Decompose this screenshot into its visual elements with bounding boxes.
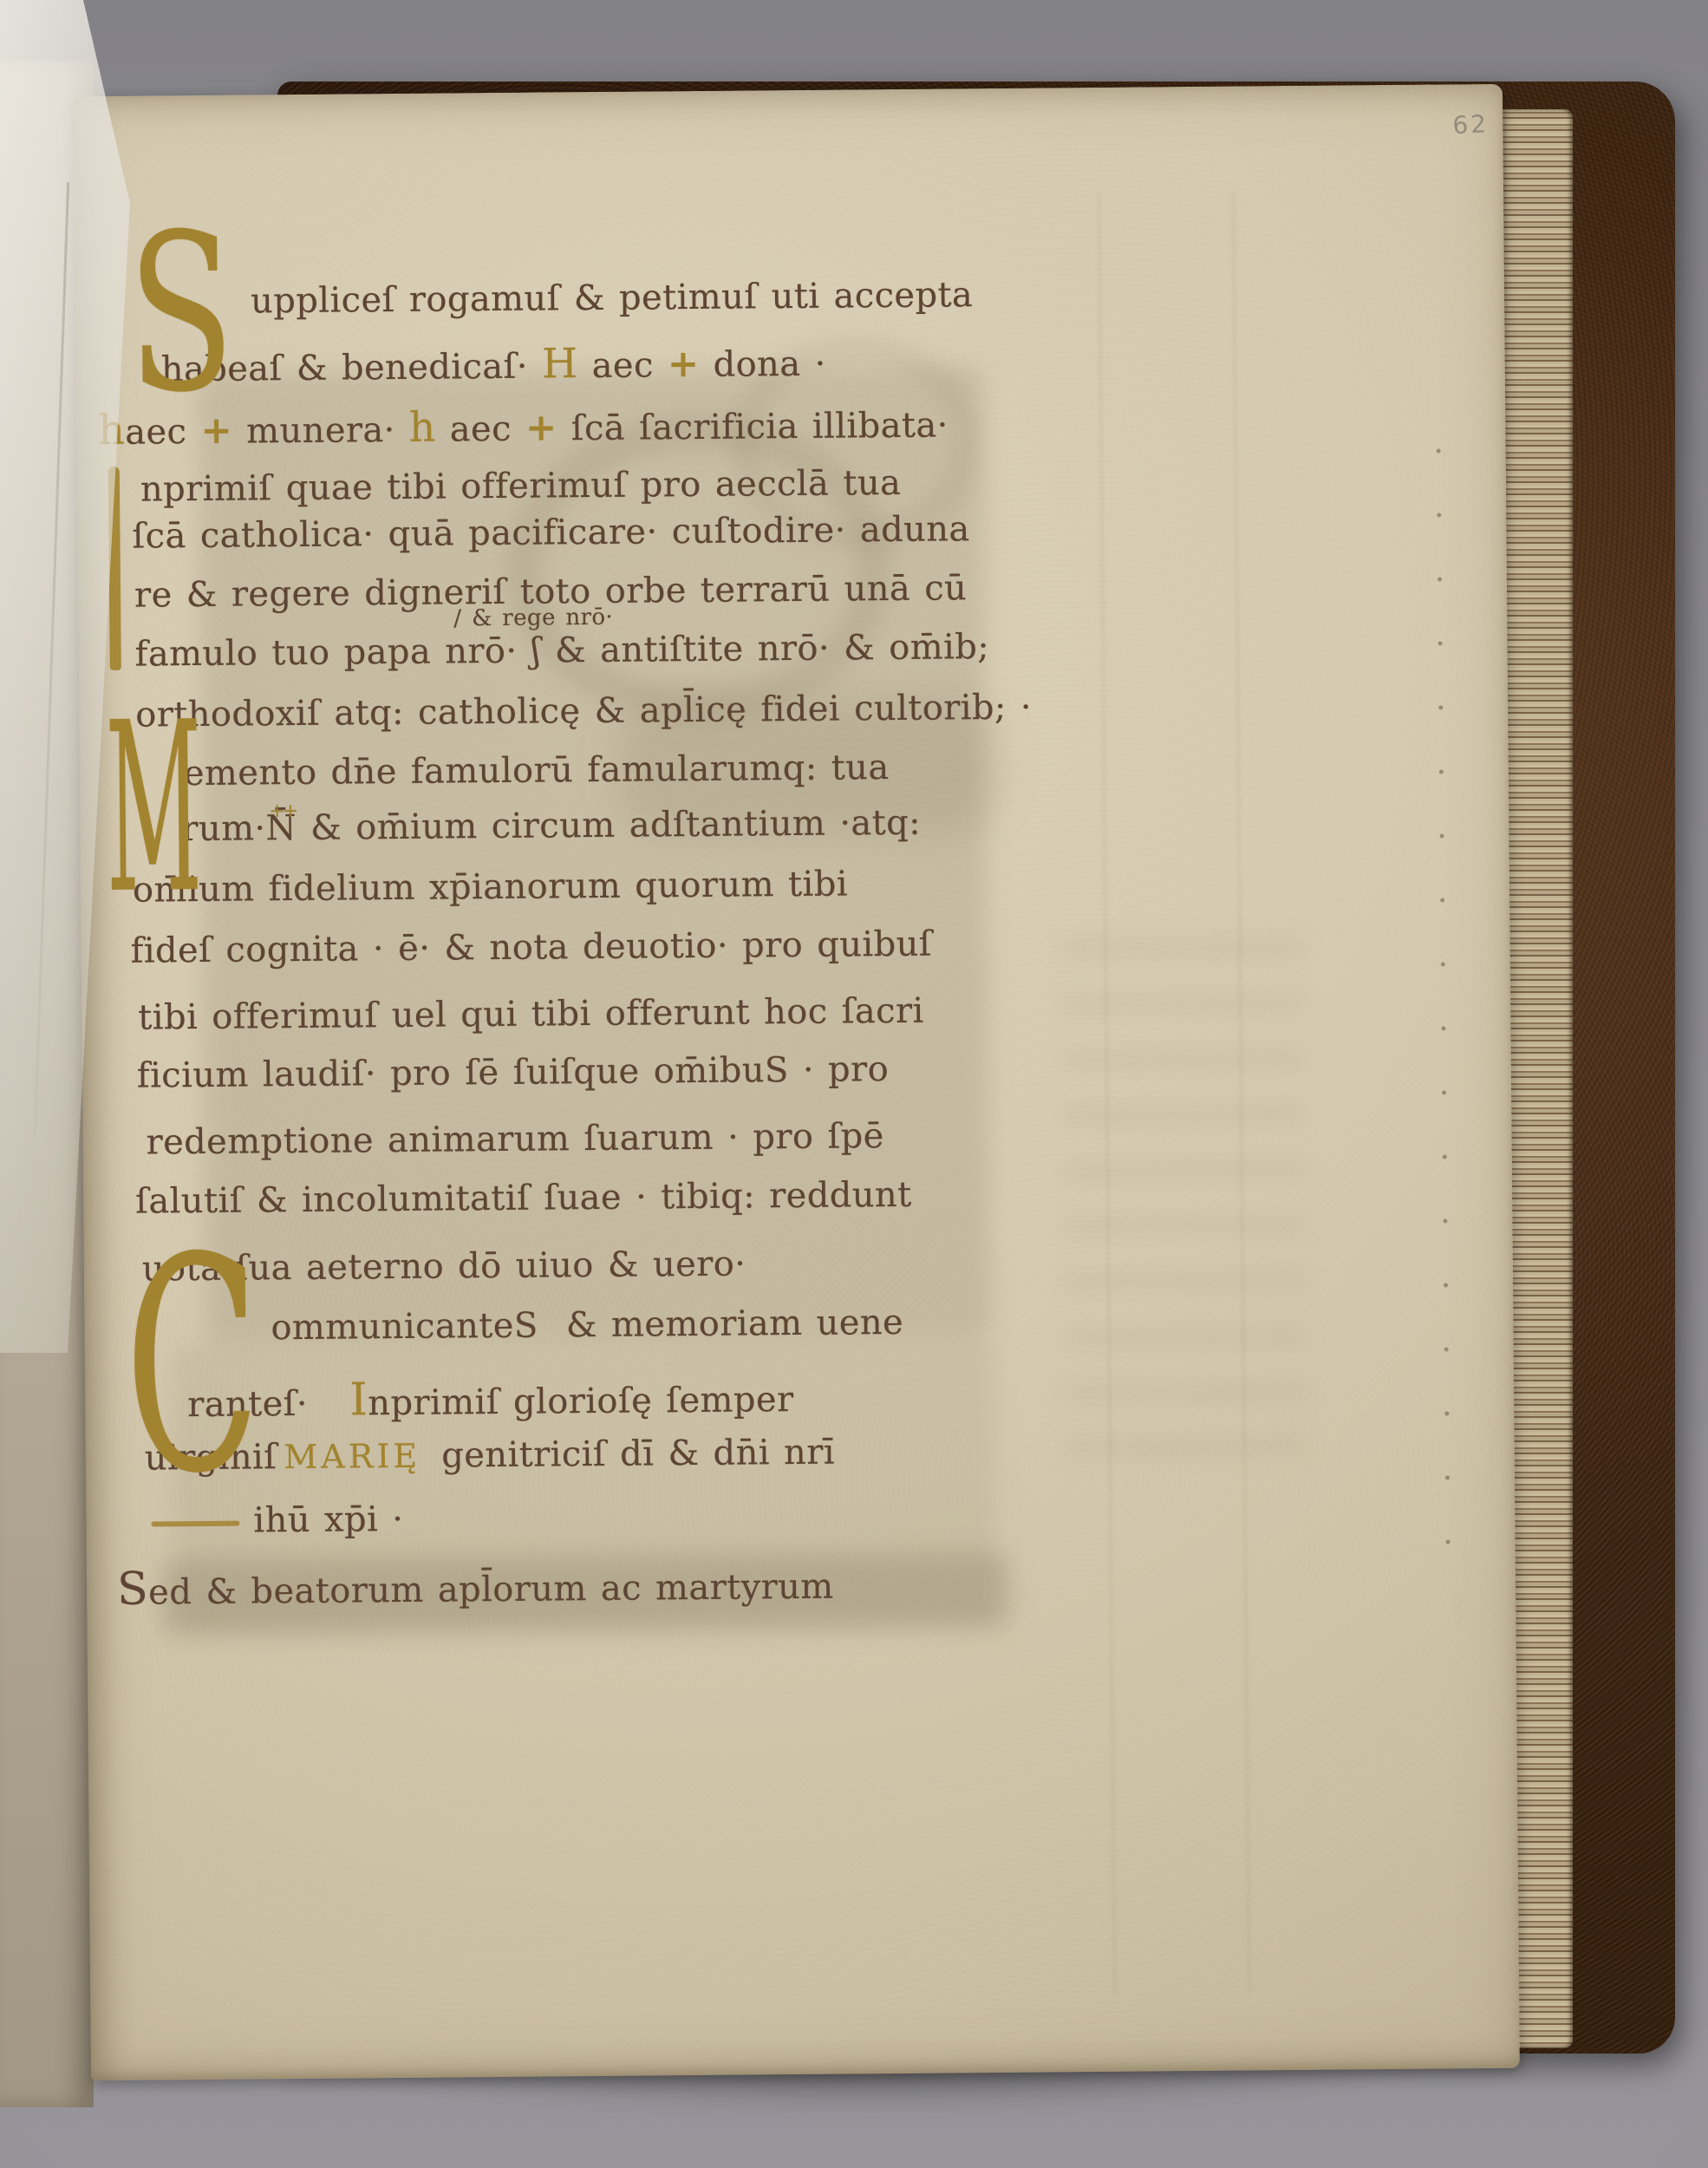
ink-text-segment: & om̄ium circum adſtantium ·atq: <box>297 803 921 848</box>
illuminated-initial: S <box>127 227 235 402</box>
pricking-mark <box>1444 1347 1449 1351</box>
pricking-mark <box>1442 1090 1446 1094</box>
pricking-mark <box>1439 769 1444 774</box>
pricking-mark <box>1437 513 1441 517</box>
text-line: Sed & beatorum apl̄orum ac martyrum <box>117 1560 834 1614</box>
ink-text-segment: emento dn̄e famulorū famularumq: tua <box>184 748 890 793</box>
text-line: om̄ium fidelium xp̄ianorum quorum tibi <box>133 865 848 908</box>
text-line: ſcā catholica· quā pacificare· cuſtodire… <box>132 511 970 554</box>
tissue-crease <box>34 182 69 1135</box>
pricking-mark <box>1446 1539 1450 1544</box>
ink-text-segment: dona · <box>699 344 826 385</box>
pricking-mark <box>1444 1411 1449 1415</box>
ink-text-segment: ſcā ſacrificia illibata· <box>557 405 948 448</box>
pricking-mark <box>1440 833 1444 838</box>
text-line: uppliceſ rogamuſ & petimuſ uti accepta <box>251 277 973 319</box>
text-line: ficium laudiſ· pro ſē ſuiſque om̄ibuS · … <box>137 1051 890 1094</box>
ink-text-segment: aec <box>435 409 525 450</box>
pricking-mark <box>1445 1475 1450 1479</box>
pricking-mark <box>1444 1283 1448 1287</box>
manuscript-page: 62 uppliceſ rogamuſ & petimuſ uti accept… <box>74 84 1520 2080</box>
ink-text-segment: / & rege nrō· <box>453 604 613 632</box>
gold-cross-glyph: + <box>525 405 557 449</box>
ink-text-segment: munera· <box>232 410 409 452</box>
text-line: ranteſ· Inprimiſ glorioſę ſemper <box>187 1373 794 1426</box>
ink-text-segment: nprimiſ quae tibi offerimuſ pro aecclā t… <box>140 463 902 510</box>
ink-text-segment: ficium laudiſ· pro ſē ſuiſque om̄ibuS · … <box>137 1049 890 1096</box>
text-line: orthodoxiſ atq: catholicę & apl̄icę fide… <box>135 689 1032 734</box>
gold-text-segment: I <box>349 1374 368 1426</box>
ink-text-segment: aec <box>577 345 668 386</box>
gold-text-segment: H <box>542 340 578 388</box>
text-line: redemptione animarum ſuarum · pro ſpē <box>146 1118 884 1160</box>
pricking-mark <box>1438 705 1443 709</box>
text-line: famulo tuo papa nrō· ʃ & antiſtite nrō· … <box>134 629 989 673</box>
text-block: uppliceſ rogamuſ & petimuſ uti acceptaha… <box>74 84 1520 2080</box>
ink-text-segment: ommunicanteS & memoriam uene <box>271 1303 903 1348</box>
illuminated-initial: M <box>105 715 202 903</box>
pricking-mark <box>1441 1026 1445 1030</box>
text-line: / & rege nrō· <box>453 606 613 631</box>
pricking-mark <box>1437 577 1442 581</box>
ink-text-segment: fideſ cognita · ē· & nota deuotio· pro q… <box>130 924 932 971</box>
ink-text-segment: tibi offerimuſ uel qui tibi offerunt hoc… <box>138 991 924 1038</box>
illuminated-initial: C <box>124 1248 261 1485</box>
ink-text-segment: ed & beatorum apl̄orum ac martyrum <box>148 1567 834 1613</box>
text-line: fideſ cognita · ē· & nota deuotio· pro q… <box>130 926 932 970</box>
pricking-mark <box>1438 641 1443 645</box>
pricking-mark <box>1443 1154 1447 1159</box>
text-line: tibi offerimuſ uel qui tibi offerunt hoc… <box>138 993 924 1036</box>
pricking-mark <box>1443 1218 1447 1223</box>
photographic-backdrop: 62 uppliceſ rogamuſ & petimuſ uti accept… <box>0 0 1708 2168</box>
pricking-mark <box>1441 962 1445 966</box>
text-line: emento dn̄e famulorū famularumq: tua <box>184 749 890 792</box>
gold-cross-glyph: + <box>668 342 700 386</box>
ink-text-segment: S <box>117 1564 149 1616</box>
ink-text-segment: ſcā catholica· quā pacificare· cuſtodire… <box>132 509 970 556</box>
ink-text-segment: om̄ium fidelium xp̄ianorum quorum tibi <box>133 864 848 910</box>
text-line: nprimiſ quae tibi offerimuſ pro aecclā t… <box>140 465 902 508</box>
ink-text-segment: famulo tuo papa nrō· ʃ & antiſtite nrō· … <box>134 627 989 675</box>
gold-text-segment: MARIĘ <box>277 1437 427 1477</box>
ink-text-segment: ihū xp̄i · <box>253 1499 403 1541</box>
pricking-mark <box>1437 448 1441 453</box>
ink-text-segment: genitriciſ dī & dn̄i nrī <box>427 1433 835 1476</box>
ink-text-segment: nprimiſ glorioſę ſemper <box>368 1380 794 1423</box>
text-line: habeaſ & benedicaſ· H aec + dona · <box>161 341 826 389</box>
gold-text-segment: h <box>409 404 436 452</box>
ink-text-segment: redemptione animarum ſuarum · pro ſpē <box>146 1116 884 1162</box>
ink-text-segment: uppliceſ rogamuſ & petimuſ uti accepta <box>251 275 973 321</box>
ink-text-segment: orthodoxiſ atq: catholicę & apl̄icę fide… <box>135 688 1032 735</box>
text-line: rum·++N̄ & om̄ium circum adſtantium ·atq… <box>181 805 921 847</box>
pricking-mark <box>1440 898 1444 902</box>
text-line: ommunicanteS & memoriam uene <box>271 1304 903 1346</box>
